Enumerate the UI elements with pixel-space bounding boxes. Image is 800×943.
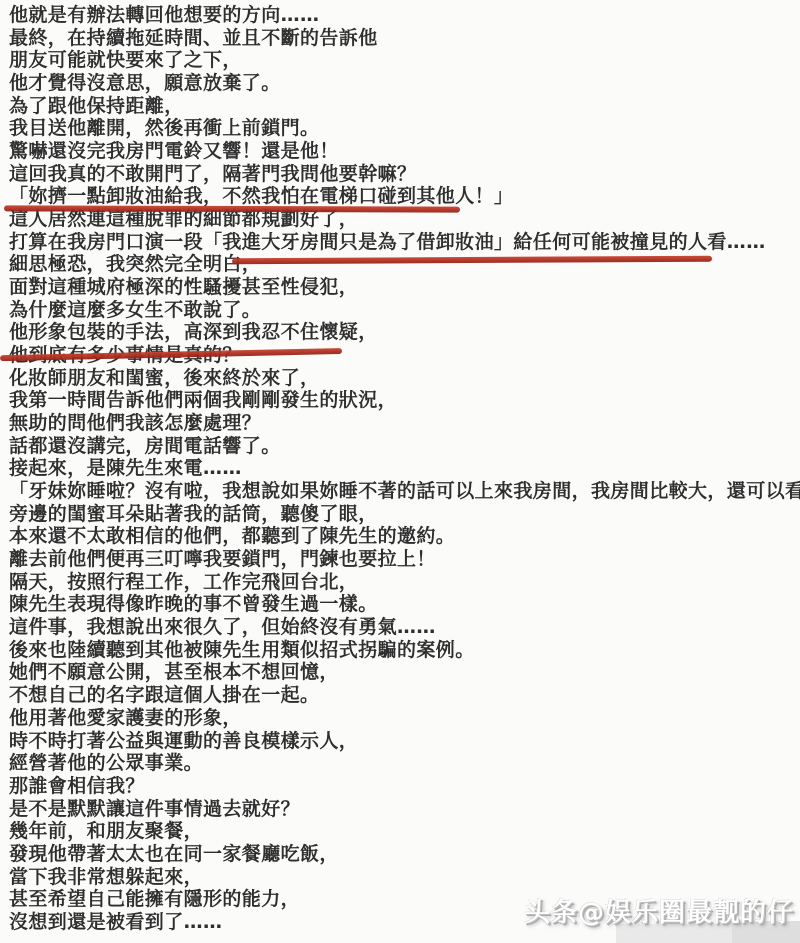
text-line: 經營著他的公眾事業。 <box>9 752 800 775</box>
text-line: 他用著他愛家護妻的形象， <box>9 707 800 730</box>
text-line: 發現他帶著太太也在同一家餐廳吃飯， <box>9 843 800 866</box>
text-line: 是不是默默讓這件事情過去就好？ <box>9 798 800 821</box>
text-line: 不想自己的名字跟這個人掛在一起。 <box>9 684 800 707</box>
text-line: 後來也陸續聽到其他被陳先生用類似招式拐騙的案例。 <box>9 639 800 662</box>
text-line: 時不時打著公益與運動的善良模樣示人， <box>9 730 800 753</box>
text-line: 接起來，是陳先生來電…… <box>9 457 800 480</box>
text-line-quote-underlined: 「妳擠一點卸妝油給我，不然我怕在電梯口碰到其他人！」 <box>9 185 800 208</box>
red-underline-marker-1 <box>4 205 460 212</box>
text-line: 那誰會相信我？ <box>9 775 800 798</box>
text-line: 這件事，我想說出來很久了，但始終沒有勇氣…… <box>9 616 800 639</box>
text-line: 當下我非常想躲起來， <box>9 866 800 889</box>
text-line: 朋友可能就快要來了之下， <box>9 49 800 72</box>
text-line: 為什麼這麼多女生不敢說了。 <box>9 299 800 322</box>
post-screenshot: 他就是有辦法轉回他想要的方向…… 最終，在持續拖延時間、並且不斷的告訴他 朋友可… <box>0 0 800 943</box>
text-line: 他才覺得沒意思，願意放棄了。 <box>9 72 800 95</box>
text-line: 無助的問他們我該怎麼處理？ <box>9 412 800 435</box>
text-line: 離去前他們便再三叮嚀我要鎖門，門鍊也要拉上！ <box>9 548 800 571</box>
text-line: 陳先生表現得像昨晚的事不曾發生過一樣。 <box>9 593 800 616</box>
text-line: 隔天，按照行程工作，工作完飛回台北， <box>9 571 800 594</box>
text-line: 這回我真的不敢開門了，隔著門我問他要幹嘛？ <box>9 163 800 186</box>
text-line: 我第一時間告訴他們兩個我剛剛發生的狀況， <box>9 389 800 412</box>
toutiao-watermark: 头条@娱乐圈最靓的仔 <box>524 892 794 929</box>
text-line: 他形象包裝的手法，高深到我忍不住懷疑， <box>9 321 800 344</box>
text-line: 話都還沒講完，房間電話響了。 <box>9 435 800 458</box>
text-line: 本來還不太敢相信的他們，都聽到了陳先生的邀約。 <box>9 525 800 548</box>
text-line: 面對這種城府極深的性騷擾甚至性侵犯， <box>9 276 800 299</box>
text-line: 旁邊的閨蜜耳朵貼著我的話筒，聽傻了眼， <box>9 503 800 526</box>
text-line: 化妝師朋友和閨蜜，後來終於來了， <box>9 367 800 390</box>
text-line: 為了跟他保持距離， <box>9 95 800 118</box>
text-line: 最終，在持續拖延時間、並且不斷的告訴他 <box>9 27 800 50</box>
text-line: 驚嚇還沒完我房門電鈴又響！還是他！ <box>9 140 800 163</box>
post-text-column: 他就是有辦法轉回他想要的方向…… 最終，在持續拖延時間、並且不斷的告訴他 朋友可… <box>9 4 800 934</box>
text-line-underlined: 打算在我房門口演一段「我進大牙房間只是為了借卸妝油」給任何可能被撞見的人看…… <box>9 231 800 254</box>
text-line: 他就是有辦法轉回他想要的方向…… <box>9 4 800 27</box>
text-line: 她們不願意公開，甚至根本不想回憶， <box>9 661 800 684</box>
text-line: 幾年前，和朋友聚餐， <box>9 820 800 843</box>
text-line: 我目送他離開，然後再衝上前鎖門。 <box>9 117 800 140</box>
text-line-quote: 「牙妹妳睡啦？沒有啦，我想說如果妳睡不著的話可以上來我房間，我房間比較大，還可以… <box>9 480 800 503</box>
